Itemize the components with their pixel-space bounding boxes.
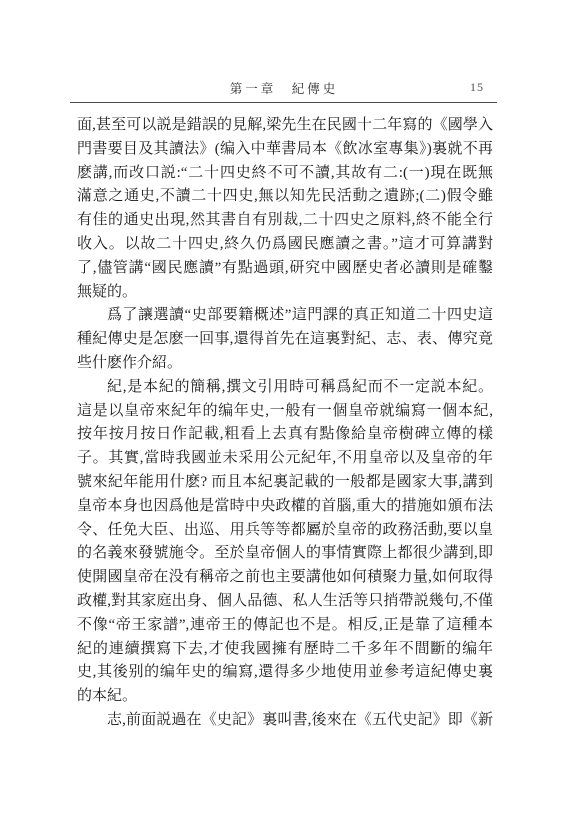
text-line: 的本紀。 — [77, 685, 493, 709]
text-line: 紀,是本紀的簡稱,撰文引用時可稱爲紀而不一定説本紀。 — [77, 376, 493, 400]
text-line: 麽講,而改口説:“二十四史終不可不讀,其故有二:(一)現在既無 — [77, 162, 493, 186]
text-line: 史,其後别的编年史的编寫,還得多少地使用並參考這紀傳史裏 — [77, 661, 493, 685]
text-line: 子。其實,當時我國並未采用公元紀年,不用皇帝以及皇帝的年 — [77, 447, 493, 471]
text-line: 使開國皇帝在没有稱帝之前也主要講他如何積聚力量,如何取得 — [77, 566, 493, 590]
text-line: 收入。以故二十四史,終久仍爲國民應讀之書。”這才可算講對 — [77, 233, 493, 257]
header-rule — [70, 102, 497, 103]
text-line: 按年按月按日作記載,粗看上去真有點像給皇帝樹碑立傳的樣 — [77, 423, 493, 447]
text-line: 志,前面説過在《史記》裏叫書,後來在《五代史記》即《新五代 — [77, 709, 493, 733]
text-line: 種紀傳史是怎麽一回事,還得首先在這裏對紀、志、表、傳究竟講 — [77, 328, 493, 352]
text-line: 些什麽作介紹。 — [77, 352, 493, 376]
page-number: 15 — [470, 80, 484, 95]
text-line: 無疑的。 — [77, 281, 493, 305]
text-line: 不像“帝王家譜”,連帝王的傳記也不是。相反,正是靠了這種本 — [77, 614, 493, 638]
text-line: 政權,對其家庭出身、個人品德、私人生活等只捎帶説幾句,不僅 — [77, 590, 493, 614]
text-line: 這是以皇帝來紀年的编年史,一般有一個皇帝就编寫一個本紀, — [77, 400, 493, 424]
text-line: 令、任免大臣、出巡、用兵等等都屬於皇帝的政務活動,要以皇帝 — [77, 519, 493, 543]
text-line: 有佳的通史出現,然其書自有別裁,二十四史之原料,終不能全行 — [77, 209, 493, 233]
text-line: 滿意之通史,不讀二十四史,無以知先民活動之遺跡;(二)假令雖 — [77, 185, 493, 209]
text-line: 面,甚至可以説是錯誤的見解,梁先生在民國十二年寫的《國學入 — [77, 114, 493, 138]
text-line: 門書要目及其讀法》(编入中華書局本《飲冰室專集》)裏就不再這 — [77, 138, 493, 162]
book-page: 第一章 紀傳史 15 面,甚至可以説是錯誤的見解,梁先生在民國十二年寫的《國學入… — [0, 0, 567, 822]
body-text: 面,甚至可以説是錯誤的見解,梁先生在民國十二年寫的《國學入門書要目及其讀法》(编… — [77, 114, 493, 733]
text-line: 號來紀年能用什麽? 而且本紀裏記載的一般都是國家大事,講到 — [77, 471, 493, 495]
text-line: 皇帝本身也因爲他是當時中央政權的首腦,重大的措施如頒布法 — [77, 495, 493, 519]
text-line: 的名義來發號施令。至於皇帝個人的事情實際上都很少講到,即 — [77, 542, 493, 566]
page-header: 第一章 紀傳史 15 — [72, 79, 496, 97]
text-line: 紀的連續撰寫下去,才使我國擁有歷時二千多年不間斷的编年 — [77, 638, 493, 662]
chapter-title: 第一章 紀傳史 — [72, 79, 496, 97]
text-line: 了,儘管講“國民應讀”有點過頭,研究中國歷史者必讀則是確鑿 — [77, 257, 493, 281]
text-line: 爲了讓選讀“史部要籍概述”這門課的真正知道二十四史這 — [77, 304, 493, 328]
